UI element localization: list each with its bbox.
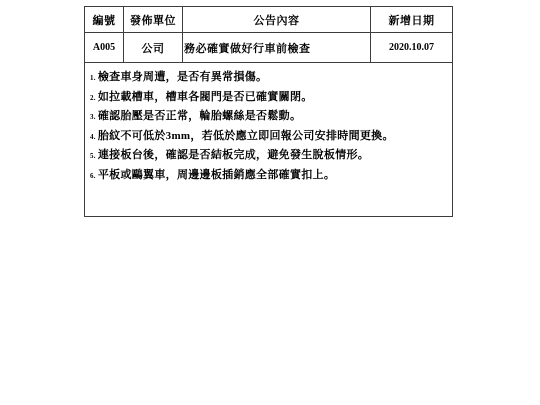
table-data-row: A005 公司 務必確實做好行車前檢查 2020.10.07 xyxy=(85,33,452,63)
cell-date-added: 2020.10.07 xyxy=(371,33,452,62)
item-text: 如拉載槽車，槽車各閥門是否已確實關閉。 xyxy=(98,91,313,103)
header-date-added: 新增日期 xyxy=(371,7,452,32)
checklist-item-6: 6.平板或鷗翼車，周邊邊板插銷應全部確實扣上。 xyxy=(90,166,448,186)
cell-announcement-title: 務必確實做好行車前檢查 xyxy=(183,33,371,62)
header-issuing-unit: 發佈單位 xyxy=(124,7,183,32)
checklist-item-3: 3.確認胎壓是否正常，輪胎螺絲是否鬆動。 xyxy=(90,107,448,127)
item-text: 連接板台後，確認是否結板完成，避免發生脫板情形。 xyxy=(98,149,369,161)
item-text: 檢查車身周遭，是否有異常損傷。 xyxy=(98,71,268,83)
checklist-item-2: 2.如拉載槽車，槽車各閥門是否已確實關閉。 xyxy=(90,88,448,108)
item-number: 1. xyxy=(90,74,96,82)
checklist-item-1: 1.檢查車身周遭，是否有異常損傷。 xyxy=(90,68,448,88)
item-text: 確認胎壓是否正常，輪胎螺絲是否鬆動。 xyxy=(98,110,301,122)
cell-issuing-unit: 公司 xyxy=(124,33,183,62)
item-number: 6. xyxy=(90,172,96,180)
header-announcement-content: 公告內容 xyxy=(183,7,371,32)
checklist-area: 1.檢查車身周遭，是否有異常損傷。 2.如拉載槽車，槽車各閥門是否已確實關閉。 … xyxy=(85,63,452,216)
document-page: 編號 發佈單位 公告內容 新增日期 A005 公司 務必確實做好行車前檢查 20… xyxy=(0,0,540,405)
announcement-table: 編號 發佈單位 公告內容 新增日期 A005 公司 務必確實做好行車前檢查 20… xyxy=(84,6,453,217)
item-text: 胎紋不可低於3mm，若低於應立即回報公司安排時間更換。 xyxy=(98,130,394,142)
item-number: 2. xyxy=(90,94,96,102)
item-number: 5. xyxy=(90,152,96,160)
item-text: 平板或鷗翼車，周邊邊板插銷應全部確實扣上。 xyxy=(98,169,335,181)
item-number: 3. xyxy=(90,113,96,121)
item-number: 4. xyxy=(90,133,96,141)
checklist-item-4: 4.胎紋不可低於3mm，若低於應立即回報公司安排時間更換。 xyxy=(90,127,448,147)
checklist-item-5: 5.連接板台後，確認是否結板完成，避免發生脫板情形。 xyxy=(90,146,448,166)
table-header-row: 編號 發佈單位 公告內容 新增日期 xyxy=(85,7,452,33)
header-id: 編號 xyxy=(85,7,124,32)
cell-announcement-id: A005 xyxy=(85,33,124,62)
